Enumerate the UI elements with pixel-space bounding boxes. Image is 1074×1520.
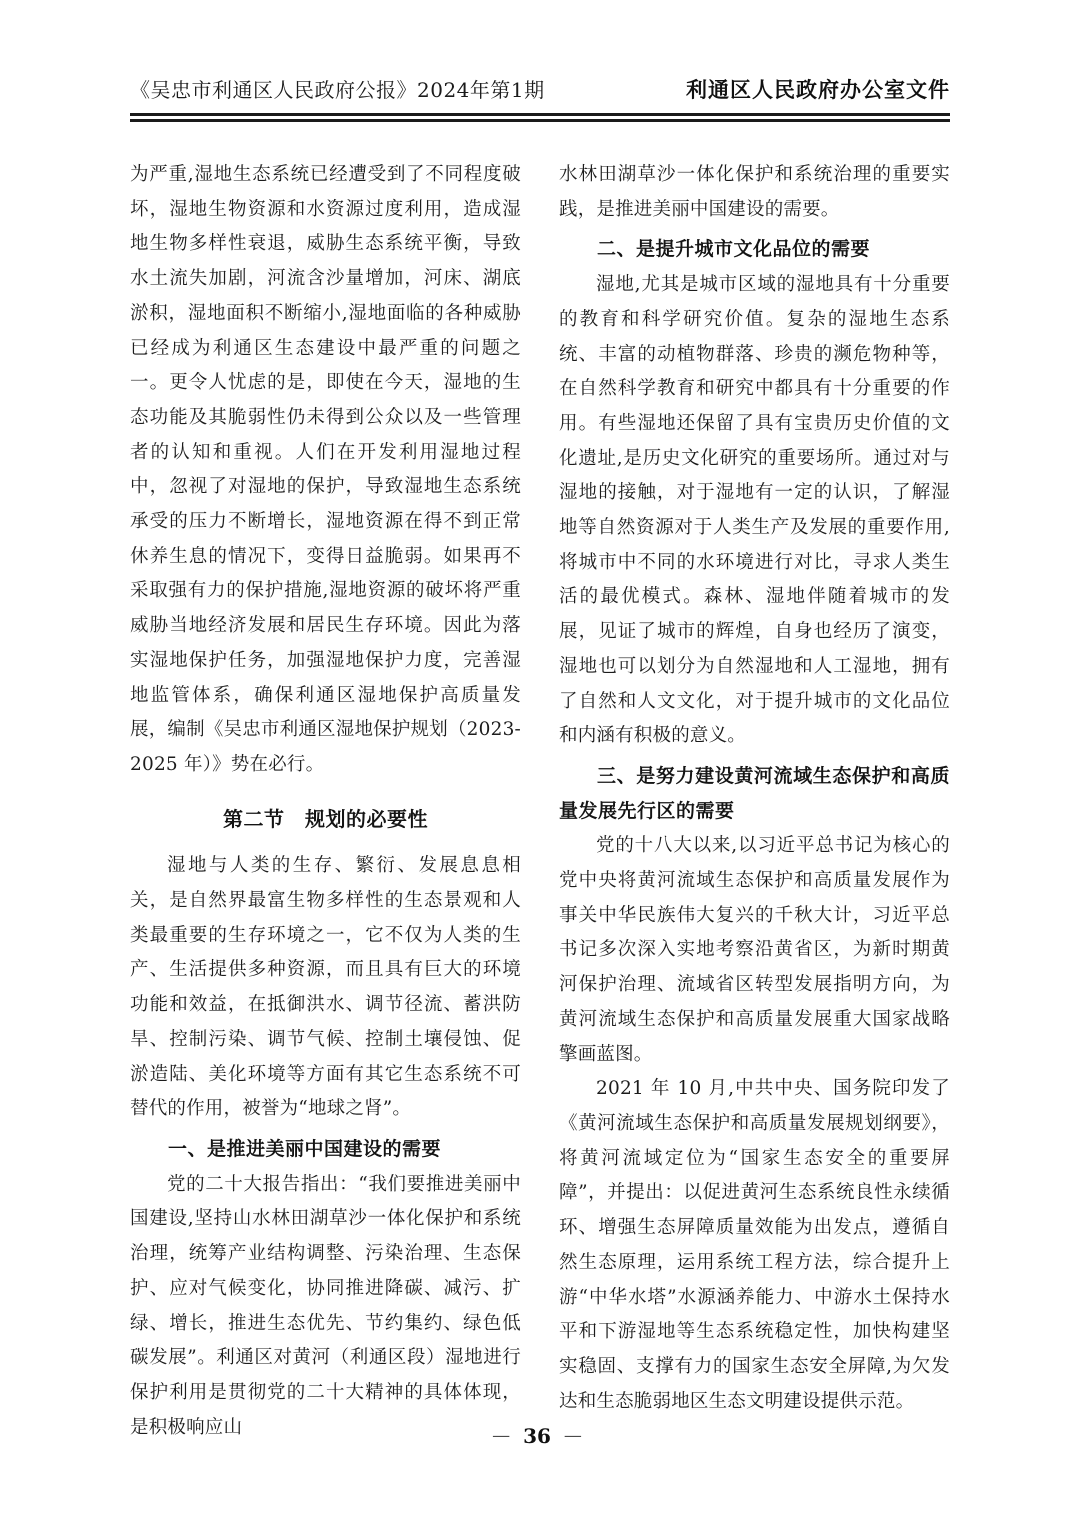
page-footer: —36— [0,1424,1074,1448]
two-column-body: 为严重,湿地生态系统已经遭受到了不同程度破坏，湿地生物资源和水资源过度利用，造成… [130,158,950,1445]
paragraph-continuation: 水林田湖草沙一体化保护和系统治理的重要实践，是推进美丽中国建设的需要。 [559,158,950,227]
subsection-heading-two: 二、是提升城市文化品位的需要 [559,232,950,267]
right-column: 水林田湖草沙一体化保护和系统治理的重要实践，是推进美丽中国建设的需要。 二、是提… [559,158,950,1445]
paragraph: 湿地,尤其是城市区域的湿地具有十分重要的教育和科学研究价值。复杂的湿地生态系统、… [559,268,950,754]
subsection-heading-three: 三、是努力建设黄河流域生态保护和高质量发展先行区的需要 [559,759,950,828]
gazette-title: 《吴忠市利通区人民政府公报》2024年第1期 [130,74,545,103]
paragraph: 党的十八大以来,以习近平总书记为核心的党中央将黄河流域生态保护和高质量发展作为事… [559,829,950,1072]
paragraph-continuation: 为严重,湿地生态系统已经遭受到了不同程度破坏，湿地生物资源和水资源过度利用，造成… [130,158,521,783]
page-header: 《吴忠市利通区人民政府公报》2024年第1期 利通区人民政府办公室文件 [130,0,950,104]
header-divider-rule [130,113,950,122]
document-source-label: 利通区人民政府办公室文件 [686,74,950,104]
document-page: 《吴忠市利通区人民政府公报》2024年第1期 利通区人民政府办公室文件 为严重,… [0,0,1074,1520]
subsection-heading-one: 一、是推进美丽中国建设的需要 [130,1132,521,1167]
left-column: 为严重,湿地生态系统已经遭受到了不同程度破坏，湿地生物资源和水资源过度利用，造成… [130,158,521,1445]
footer-dash-right: — [564,1425,582,1446]
footer-dash-left: — [492,1425,510,1446]
paragraph: 湿地与人类的生存、繁衍、发展息息相关，是自然界最富生物多样性的生态景观和人类最重… [130,849,521,1127]
page-number: 36 [523,1424,551,1448]
paragraph: 2021 年 10 月,中共中央、国务院印发了《黄河流域生态保护和高质量发展规划… [559,1072,950,1419]
section-heading: 第二节 规划的必要性 [130,802,521,837]
paragraph: 党的二十大报告指出：“我们要推进美丽中国建设,坚持山水林田湖草沙一体化保护和系统… [130,1168,521,1446]
